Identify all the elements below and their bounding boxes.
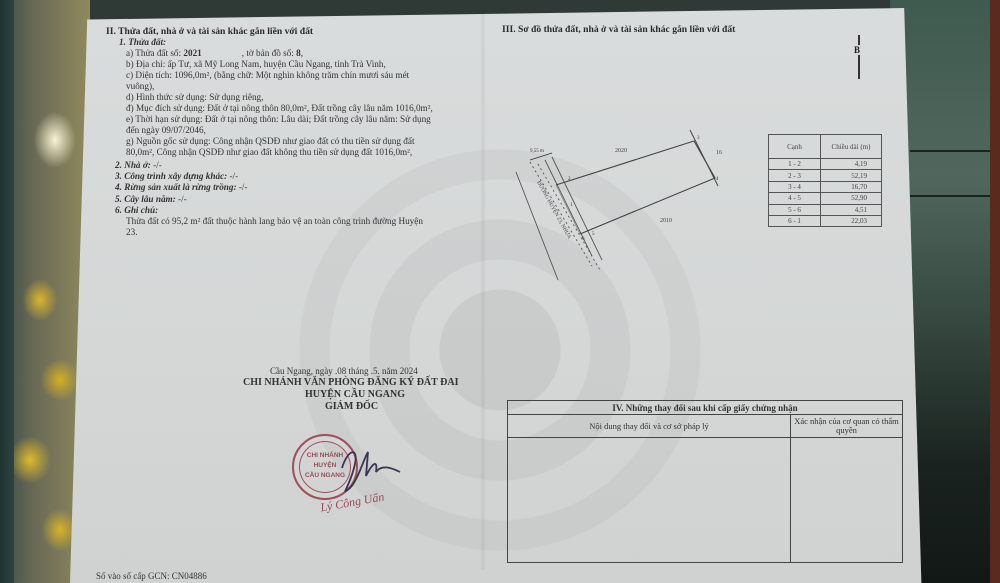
road-width-label: 9,55 m [530, 149, 544, 154]
issuing-district: HUYỆN CẦU NGANG [305, 389, 405, 400]
svg-text:3: 3 [697, 136, 700, 141]
parcel-number: 2021 [183, 48, 201, 58]
section-iii-title: III. Sơ đồ thửa đất, nhà ở và tài sản kh… [502, 24, 735, 35]
origin-line: g) Nguồn gốc sử dụng: Công nhận QSDĐ như… [126, 136, 415, 147]
usage-form-line: d) Hình thức sử dụng: Sử dụng riêng, [126, 92, 263, 103]
origin-line-cont: 80,0m², Công nhận QSDĐ như giao đất khôn… [126, 147, 412, 158]
paper-fold [480, 10, 486, 570]
col-edge: Cạnh [769, 135, 821, 159]
area-line-cont: vuông), [126, 81, 154, 92]
section-ii-title: II. Thửa đất, nhà ở và tài sản khác gắn … [106, 26, 313, 37]
signature [320, 438, 410, 498]
col-length: Chiều dài (m) [821, 135, 882, 159]
area-line: c) Diện tích: 1096,0m², (bằng chữ: Một n… [126, 70, 409, 81]
svg-text:4: 4 [716, 177, 719, 182]
signer-role: GIÁM ĐỐC [325, 401, 378, 412]
parcel-subtitle: 1. Thửa đất: [119, 37, 166, 48]
neighbor-2010: 2010 [660, 218, 672, 224]
registry-number: Số vào sổ cấp GCN: CN04886 [96, 571, 207, 582]
usage-term-line: e) Thời hạn sử dụng: Đất ở tại nông thôn… [126, 114, 431, 125]
changes-content-cell [508, 438, 791, 563]
other-construction-item: 3. Công trình xây dựng khác: -/- [115, 171, 238, 182]
note-line-2: 23. [126, 227, 137, 238]
planted-forest-item: 4. Rừng sản xuất là rừng trồng: -/- [115, 182, 248, 193]
place-date: Cầu Ngang, ngày .08 tháng .5. năm 2024 [270, 366, 418, 377]
svg-text:5: 5 [592, 232, 595, 237]
changes-col-confirm: Xác nhận của cơ quan có thẩm quyền [791, 415, 903, 438]
table-row: 2 - 352,19 [769, 170, 882, 181]
parcel-number-line: a) Thửa đất số: 2021, tờ bản đồ số: 8, [126, 48, 303, 59]
perennial-trees-item: 5. Cây lâu năm: -/- [115, 194, 187, 205]
changes-title: IV. Những thay đổi sau khi cấp giấy chứn… [508, 401, 903, 415]
changes-col-content: Nội dung thay đổi và cơ sở pháp lý [508, 415, 791, 438]
edge-length-table: Cạnh Chiều dài (m) 1 - 24,19 2 - 352,19 … [768, 134, 882, 227]
parcel-diagram: 9,55 m ĐƯỜNG HUYỆN 23, NHỰA 2 3 4 5 6 1 … [500, 120, 740, 280]
neighbor-2020: 2020 [615, 148, 627, 154]
address-line: b) Địa chỉ: ấp Tư, xã Mỹ Long Nam, huyện… [126, 59, 386, 70]
table-row: 5 - 64,51 [769, 204, 882, 215]
changes-confirm-cell [791, 438, 903, 563]
svg-text:1: 1 [570, 203, 573, 208]
table-row: 4 - 552,90 [769, 193, 882, 204]
issuing-org: CHI NHÁNH VĂN PHÒNG ĐĂNG KÝ ĐẤT ĐAI [243, 377, 458, 388]
note-line-1: Thửa đất có 95,2 m² đất thuộc hành lang … [126, 216, 423, 227]
background-edge [0, 0, 14, 583]
table-row: 6 - 122,03 [769, 215, 882, 226]
neighbor-16: 16 [716, 150, 722, 156]
usage-term-line-cont: đến ngày 09/07/2046, [126, 125, 206, 136]
house-item: 2. Nhà ở: -/- [115, 160, 162, 171]
background-trim [990, 0, 1000, 583]
svg-text:2: 2 [568, 177, 571, 182]
usage-purpose-line: đ) Mục đích sử dụng: Đất ở tại nông thôn… [126, 103, 433, 114]
changes-table: IV. Những thay đổi sau khi cấp giấy chứn… [507, 400, 903, 563]
north-arrow: B [855, 35, 863, 79]
table-row: 1 - 24,19 [769, 159, 882, 170]
table-row: 3 - 416,70 [769, 181, 882, 192]
notes-item: 6. Ghi chú: [115, 205, 158, 216]
